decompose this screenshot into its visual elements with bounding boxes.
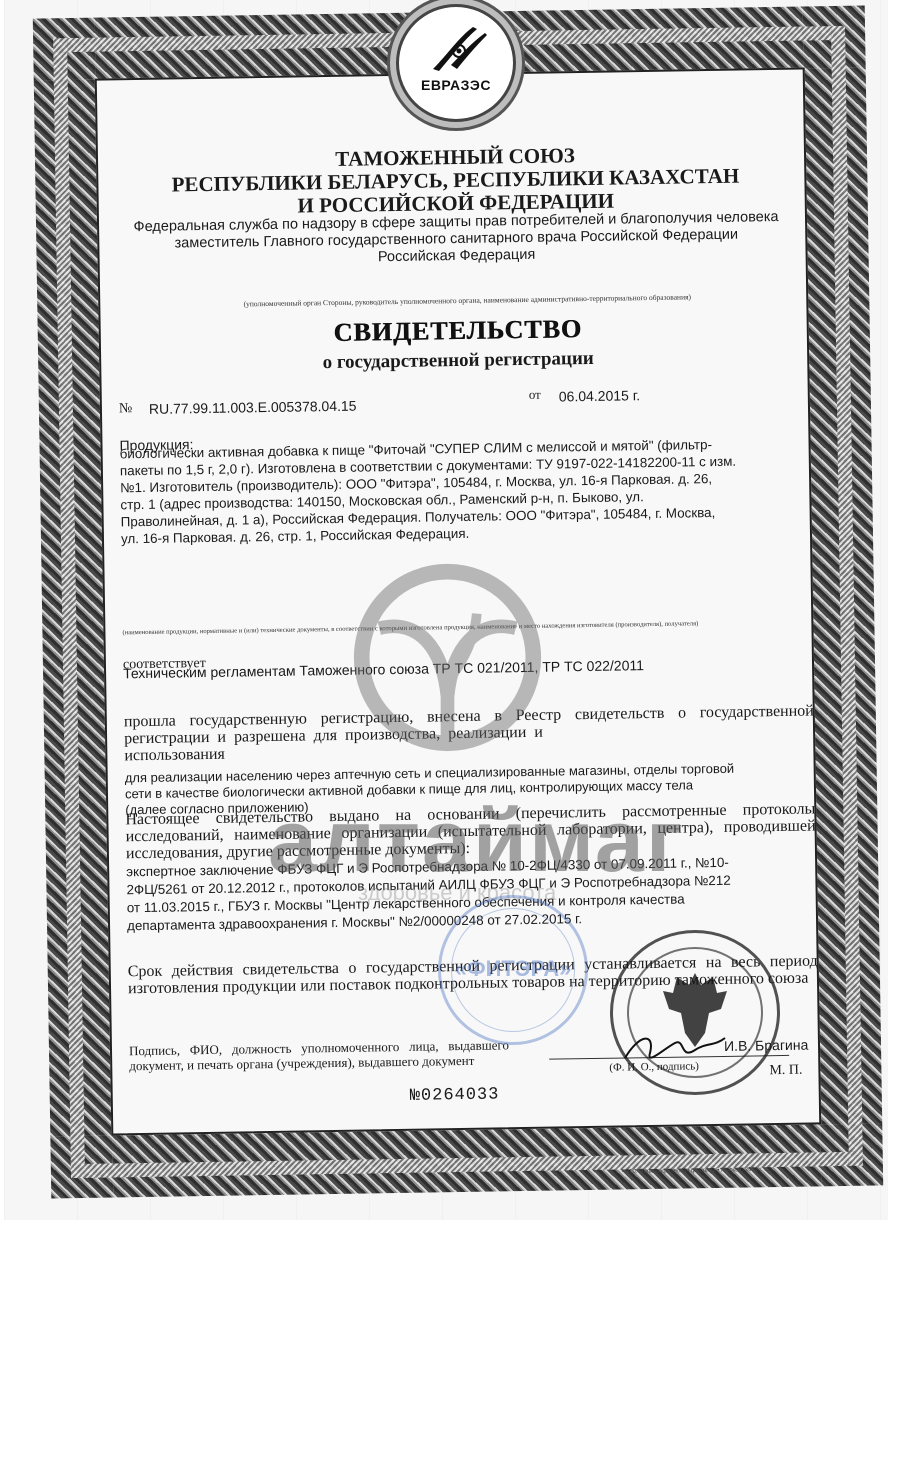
seal-place-label: М. П.	[769, 1063, 802, 1080]
signature-label: Подпись, ФИО, должность уполномоченного …	[129, 1037, 509, 1073]
registration-number: RU.77.99.11.003.E.005378.04.15	[149, 398, 357, 417]
customs-union-title: ТАМОЖЕННЫЙ СОЮЗ РЕСПУБЛИКИ БЕЛАРУСЬ, РЕС…	[105, 141, 806, 221]
issuing-agency: Федеральная служба по надзору в сфере за…	[106, 209, 807, 271]
official-seal	[610, 930, 780, 1095]
agency-note: (уполномоченный орган Стороны, руководит…	[167, 291, 767, 309]
registration-number-label: №	[119, 401, 133, 417]
company-stamp: «ФИТЭРА»	[438, 895, 588, 1045]
watermark-leaf-logo-icon	[350, 560, 545, 755]
handwritten-signature	[620, 1028, 730, 1068]
product-description: биологически активная добавка к пище "Фи…	[120, 435, 812, 548]
registration-date: 06.04.2015 г.	[559, 387, 640, 404]
blank-serial-number: №0264033	[410, 1085, 500, 1105]
registration-date-label: от	[529, 387, 541, 403]
watermark-brand: алтаймаг	[268, 790, 685, 892]
